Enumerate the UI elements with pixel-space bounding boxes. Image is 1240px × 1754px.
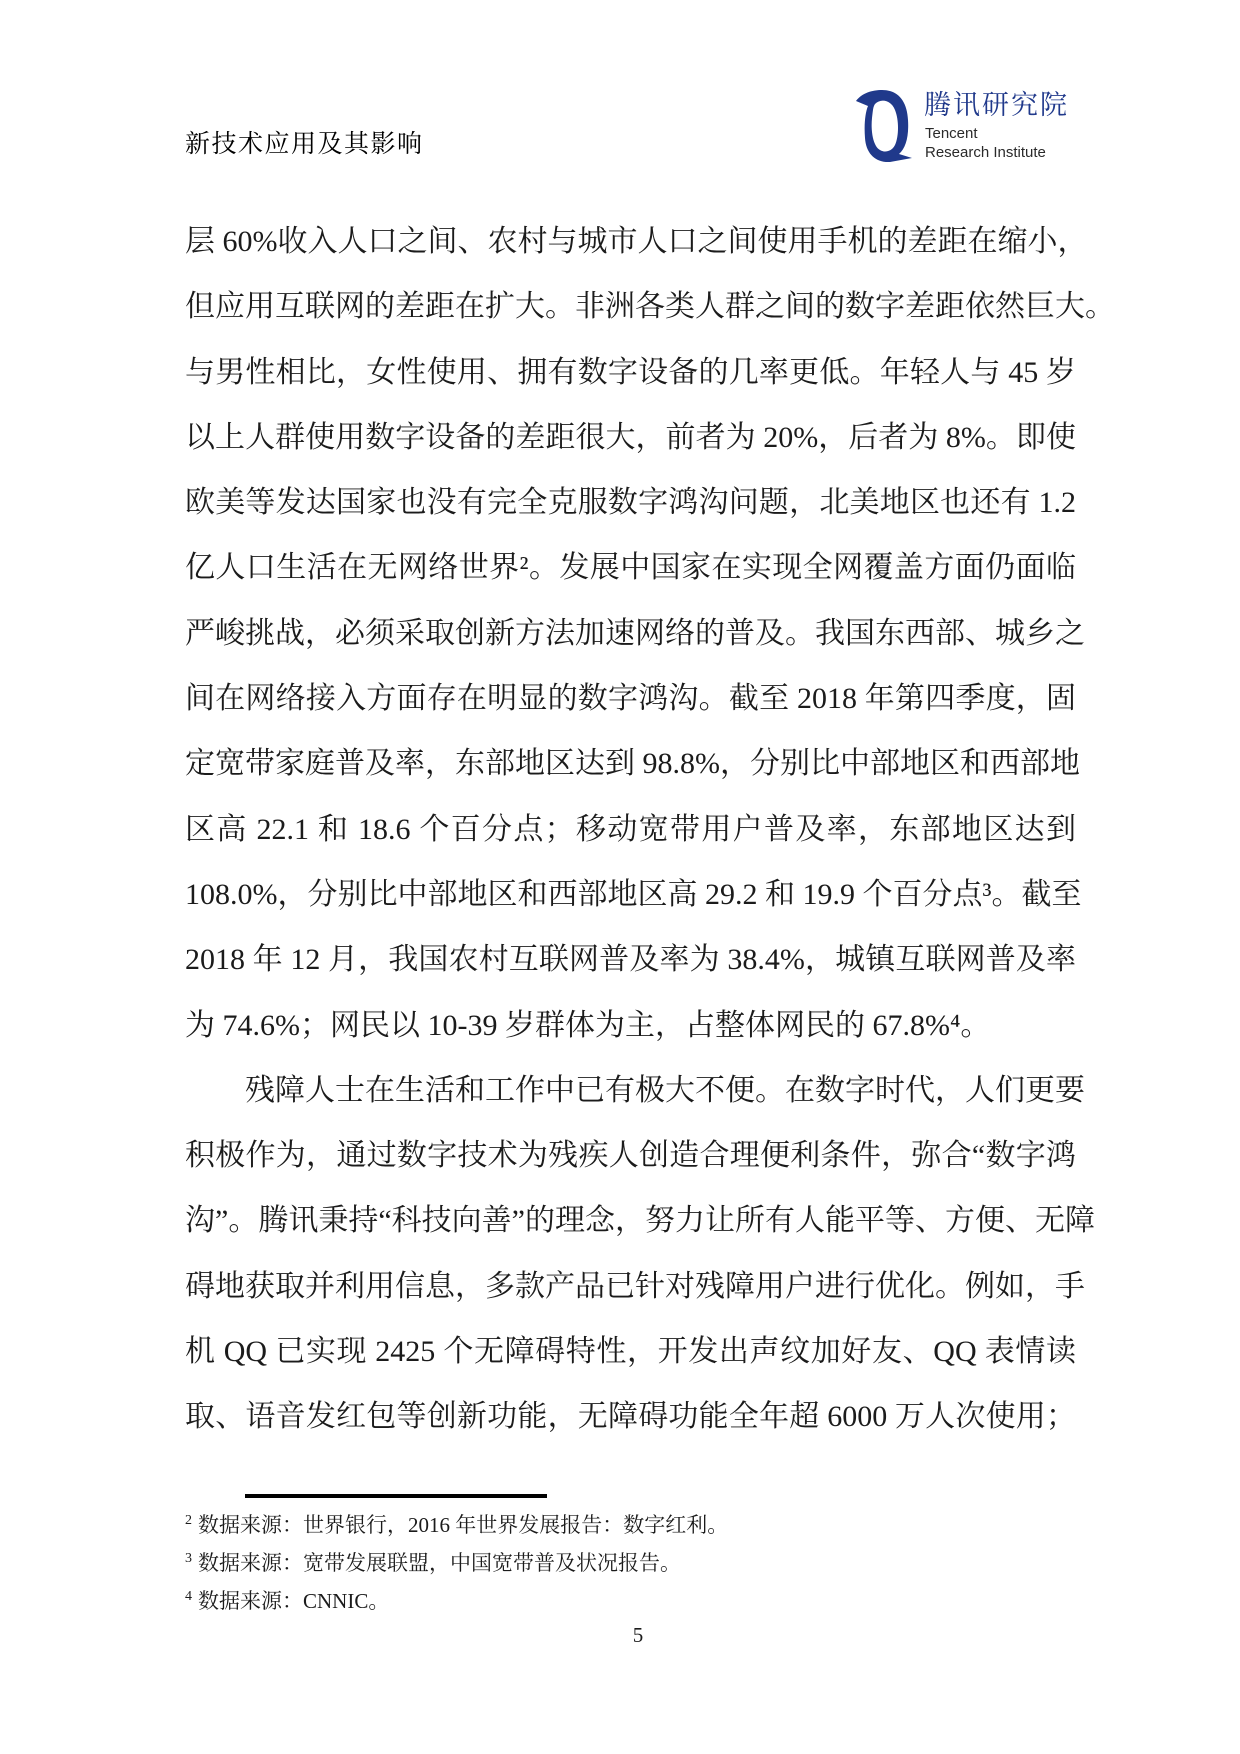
body-line: 以上人群使用数字设备的差距很大，前者为 20%，后者为 8%。即使 — [185, 405, 1076, 470]
body-line: 碍地获取并利用信息，多款产品已针对残障用户进行优化。例如，手 — [185, 1254, 1076, 1319]
body-line: 积极作为，通过数字技术为残疾人创造合理便利条件，弥合“数字鸿 — [185, 1123, 1076, 1188]
body-line: 2018 年 12 月，我国农村互联网普及率为 38.4%，城镇互联网普及率 — [185, 927, 1076, 992]
header-title: 新技术应用及其影响 — [185, 130, 424, 158]
logo-text-en-line2: Research Institute — [925, 143, 1046, 162]
footnote-text: 数据来源：宽带发展联盟，中国宽带普及状况报告。 — [198, 1551, 681, 1575]
body-line: 取、语音发红包等创新功能，无障碍功能全年超 6000 万人次使用； — [185, 1384, 1076, 1449]
penguin-logo-icon — [855, 88, 913, 162]
tencent-research-institute-logo: 腾讯研究院 Tencent Research Institute — [855, 88, 1085, 168]
body-line: 机 QQ 已实现 2425 个无障碍特性，开发出声纹加好友、QQ 表情读 — [185, 1319, 1076, 1384]
body-line: 残障人士在生活和工作中已有极大不便。在数字时代，人们更要 — [185, 1058, 1076, 1123]
body-line: 亿人口生活在无网络世界²。发展中国家在实现全网覆盖方面仍面临 — [185, 535, 1076, 600]
footnote-item: 2数据来源：世界银行，2016 年世界发展报告：数字红利。 — [185, 1506, 1076, 1544]
body-text: 层 60%收入人口之间、农村与城市人口之间使用手机的差距在缩小， 但应用互联网的… — [185, 209, 1076, 1450]
body-line: 为 74.6%；网民以 10-39 岁群体为主，占整体网民的 67.8%⁴。 — [185, 993, 1076, 1058]
page-number: 5 — [0, 1622, 1240, 1648]
body-line: 区高 22.1 和 18.6 个百分点；移动宽带用户普及率，东部地区达到 — [185, 797, 1076, 862]
footnote-separator — [245, 1494, 547, 1498]
body-line: 欧美等发达国家也没有完全克服数字鸿沟问题，北美地区也还有 1.2 — [185, 470, 1076, 535]
document-page: 新技术应用及其影响 腾讯研究院 Tencent Research Institu… — [0, 0, 1240, 1754]
footnote-marker: 3 — [185, 1551, 192, 1566]
logo-text-en: Tencent Research Institute — [925, 124, 1046, 162]
footnote-marker: 4 — [185, 1589, 192, 1604]
logo-text-cn: 腾讯研究院 — [924, 90, 1069, 120]
body-line: 108.0%，分别比中部地区和西部地区高 29.2 和 19.9 个百分点³。截… — [185, 862, 1076, 927]
body-line: 间在网络接入方面存在明显的数字鸿沟。截至 2018 年第四季度，固 — [185, 666, 1076, 731]
body-line: 与男性相比，女性使用、拥有数字设备的几率更低。年轻人与 45 岁 — [185, 340, 1076, 405]
body-line: 沟”。腾讯秉持“科技向善”的理念，努力让所有人能平等、方便、无障 — [185, 1188, 1076, 1253]
footnote-text: 数据来源：世界银行，2016 年世界发展报告：数字红利。 — [198, 1513, 728, 1537]
footnotes: 2数据来源：世界银行，2016 年世界发展报告：数字红利。 3数据来源：宽带发展… — [185, 1506, 1076, 1620]
logo-text-en-line1: Tencent — [925, 124, 1046, 143]
body-line: 严峻挑战，必须采取创新方法加速网络的普及。我国东西部、城乡之 — [185, 601, 1076, 666]
body-line: 层 60%收入人口之间、农村与城市人口之间使用手机的差距在缩小， — [185, 209, 1076, 274]
footnote-marker: 2 — [185, 1513, 192, 1528]
footnote-text: 数据来源：CNNIC。 — [198, 1589, 389, 1613]
body-line: 定宽带家庭普及率，东部地区达到 98.8%，分别比中部地区和西部地 — [185, 731, 1076, 796]
footnote-item: 4数据来源：CNNIC。 — [185, 1582, 1076, 1620]
footnote-item: 3数据来源：宽带发展联盟，中国宽带普及状况报告。 — [185, 1544, 1076, 1582]
body-line: 但应用互联网的差距在扩大。非洲各类人群之间的数字差距依然巨大。 — [185, 274, 1076, 339]
